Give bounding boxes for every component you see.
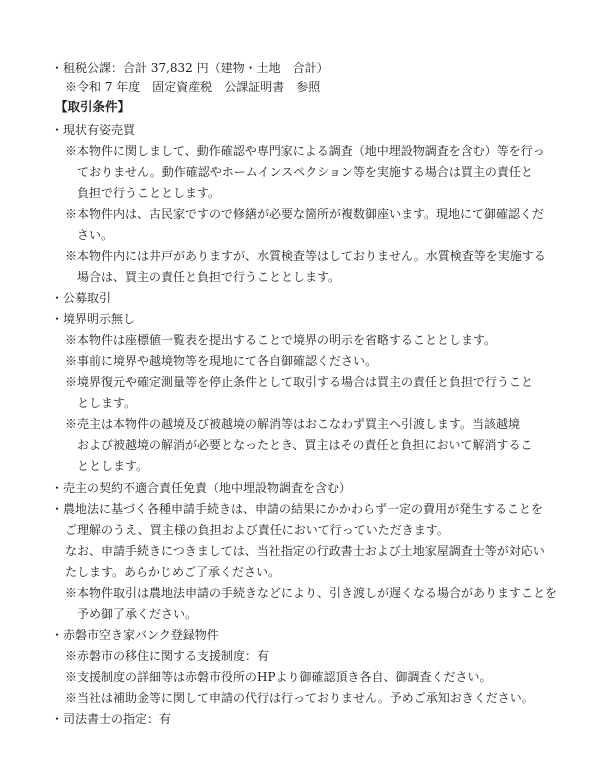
condition-note-line: ※本物件内は、古民家ですので修繕が必要な箇所が複数御座います。現地にて御確認くだ	[65, 204, 544, 225]
condition-note-line: 負担で行うこととします。	[77, 183, 220, 204]
bullet-icon: ・	[51, 709, 63, 730]
condition-body-line: なお、申請手続きにつきましては、当社指定の行政書士および土地家屋調査士等が対応い	[65, 541, 545, 562]
bullet-icon: ・	[51, 120, 63, 141]
condition-note-line: ※本物件に関しまして、動作確認や専門家による調査（地中埋設物調査を含む）等を行っ	[65, 141, 545, 162]
conditions-heading: 【取引条件】	[55, 96, 130, 117]
condition-note-line: ※赤磐市の移住に関する支援制度：有	[65, 646, 269, 667]
document-page: ・ 租税公課：合計 37,832 円（建物・土地 合計） ※令和 7 年度 固定…	[0, 0, 603, 769]
condition-body-line: たします。あらかじめご了承ください。	[65, 562, 280, 583]
condition-note-line: ※事前に境界や越境物等を現地にて各自御確認ください。	[65, 351, 377, 372]
bullet-icon: ・	[51, 288, 63, 309]
condition-title: 境界明示無し	[63, 309, 135, 330]
condition-note-line: 予め御了承ください。	[77, 604, 197, 625]
condition-title: 司法書士の指定：有	[63, 709, 171, 730]
condition-note-line: ※売主は本物件の越境及び被越境の解消等はおこなわず買主へ引渡します。当該越境	[65, 414, 520, 435]
condition-note-line: とします。	[77, 393, 136, 414]
condition-note-line: さい。	[77, 225, 113, 246]
condition-note-line: ておりません。動作確認やホームインスペクション等を実施する場合は買主の責任と	[77, 162, 533, 183]
condition-note-line: ※支援制度の詳細等は赤磐市役所のHPより御確認頂き各自、御調査ください。	[65, 667, 492, 688]
condition-title: 売主の契約不適合責任免責（地中埋設物調査を含む）	[63, 478, 351, 499]
condition-title: 赤磐市空き家バンク登録物件	[63, 625, 219, 646]
condition-title: 現状有姿売買	[63, 120, 135, 141]
condition-note-line: および被越境の解消が必要となったとき、買主はその責任と負担において解消するこ	[77, 435, 533, 456]
condition-note-line: ※本物件内には井戸がありますが、水質検査等はしておりません。水質検査等を実施する	[65, 246, 546, 267]
condition-note-line: 場合は、買主の責任と負担で行うこととします。	[77, 267, 340, 288]
condition-title: 公募取引	[63, 288, 111, 309]
bullet-icon: ・	[51, 309, 63, 330]
bullet-icon: ・	[51, 499, 63, 520]
condition-note-line: ※境界復元や確定測量等を停止条件として取引する場合は買主の責任と負担で行うこと	[65, 372, 533, 393]
tax-label: 租税公課：合計 37,832 円（建物・土地 合計）	[63, 58, 329, 79]
condition-note-line: ※本物件取引は農地法申請の手続きなどにより、引き渡しが遅くなる場合がありますこと…	[65, 583, 557, 604]
tax-note: ※令和 7 年度 固定資産税 公課証明書 参照	[65, 77, 320, 98]
condition-note-line: ※当社は補助金等に関して申請の代行は行っておりません。予めご承知おきください。	[65, 688, 534, 709]
bullet-icon: ・	[51, 625, 63, 646]
condition-body-line: ご理解のうえ、買主様の負担および責任において行っていただきます。	[65, 520, 449, 541]
bullet-icon: ・	[51, 478, 63, 499]
condition-title: 農地法に基づく各種申請手続きは、申請の結果にかかわらず一定の費用が発生することを	[63, 499, 543, 520]
bullet-icon: ・	[51, 58, 63, 79]
condition-note-line: ととします。	[77, 456, 148, 477]
condition-note-line: ※本物件は座標値一覧表を提出することで境界の明示を省略することとします。	[65, 330, 496, 351]
